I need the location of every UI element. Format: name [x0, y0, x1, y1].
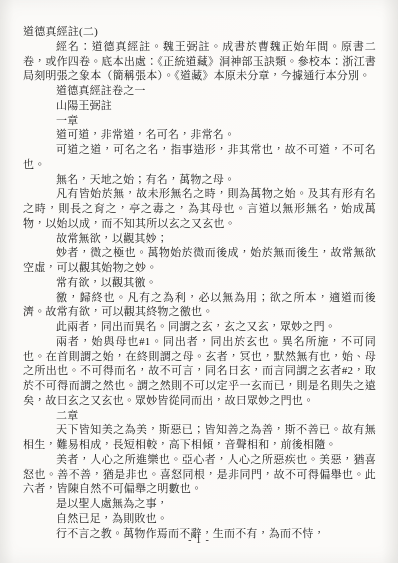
- paragraph: 徼，歸終也。凡有之為利，必以無為用；欲之所本，適道而後濟。故常有欲，可以觀其終物…: [23, 291, 376, 321]
- text-body: 道德真經註(二)經名：道德真經註。魏王弼註。成書於曹魏正始年間。原書二卷，或作四…: [23, 25, 376, 541]
- paragraph: 凡有皆始於無，故未形無名之時，則為萬物之始。及其有形有名之時，則長之育之，亭之毒…: [23, 187, 376, 231]
- paragraph: 常有欲，以觀其徼。: [23, 276, 376, 291]
- paragraph: 自然已足，為則敗也。: [23, 512, 376, 527]
- paragraph: 兩者，始與母也#1。同出者，同出於玄也。異名所施，不可同也。在首則謂之始，在終則…: [23, 335, 376, 409]
- paragraph: 經名：道德真經註。魏王弼註。成書於曹魏正始年間。原書二卷，或作四卷。底本出處：《…: [23, 40, 376, 84]
- document-title: 道德真經註(二): [23, 25, 376, 40]
- author-line: 山陽王弼註: [23, 99, 376, 114]
- page-number: - 1 -: [0, 535, 398, 546]
- document-page: 道德真經註(二)經名：道德真經註。魏王弼註。成書於曹魏正始年間。原書二卷，或作四…: [0, 0, 398, 563]
- paragraph: 無名，天地之始；有名，萬物之母。: [23, 173, 376, 188]
- paragraph: 可道之道，可名之名，指事造形，非其常也，故不可道，不可名也。: [23, 143, 376, 173]
- paragraph: 天下皆知美之為美，斯惡已；皆知善之為善，斯不善已。故有無相生，難易相成，長短相較…: [23, 423, 376, 453]
- chapter-heading: 二章: [23, 409, 376, 424]
- paragraph: 美者，人心之所進樂也。亞心者，人心之所惡疾也。美惡，猶喜怒也。善不善，猶是非也。…: [23, 453, 376, 497]
- paragraph: 妙者，微之極也。萬物始於微而後成，始於無而後生，故常無欲空虛，可以觀其始物之妙。: [23, 246, 376, 276]
- paragraph: 道可道，非常道，名可名，非常名。: [23, 128, 376, 143]
- chapter-heading: 一章: [23, 114, 376, 129]
- volume-title: 道德真經註卷之一: [23, 84, 376, 99]
- paragraph: 故常無欲，以觀其妙；: [23, 232, 376, 247]
- paragraph: 是以聖人處無為之事，: [23, 497, 376, 512]
- paragraph: 此兩者，同出而異名。同謂之玄，玄之又玄，眾妙之門。: [23, 320, 376, 335]
